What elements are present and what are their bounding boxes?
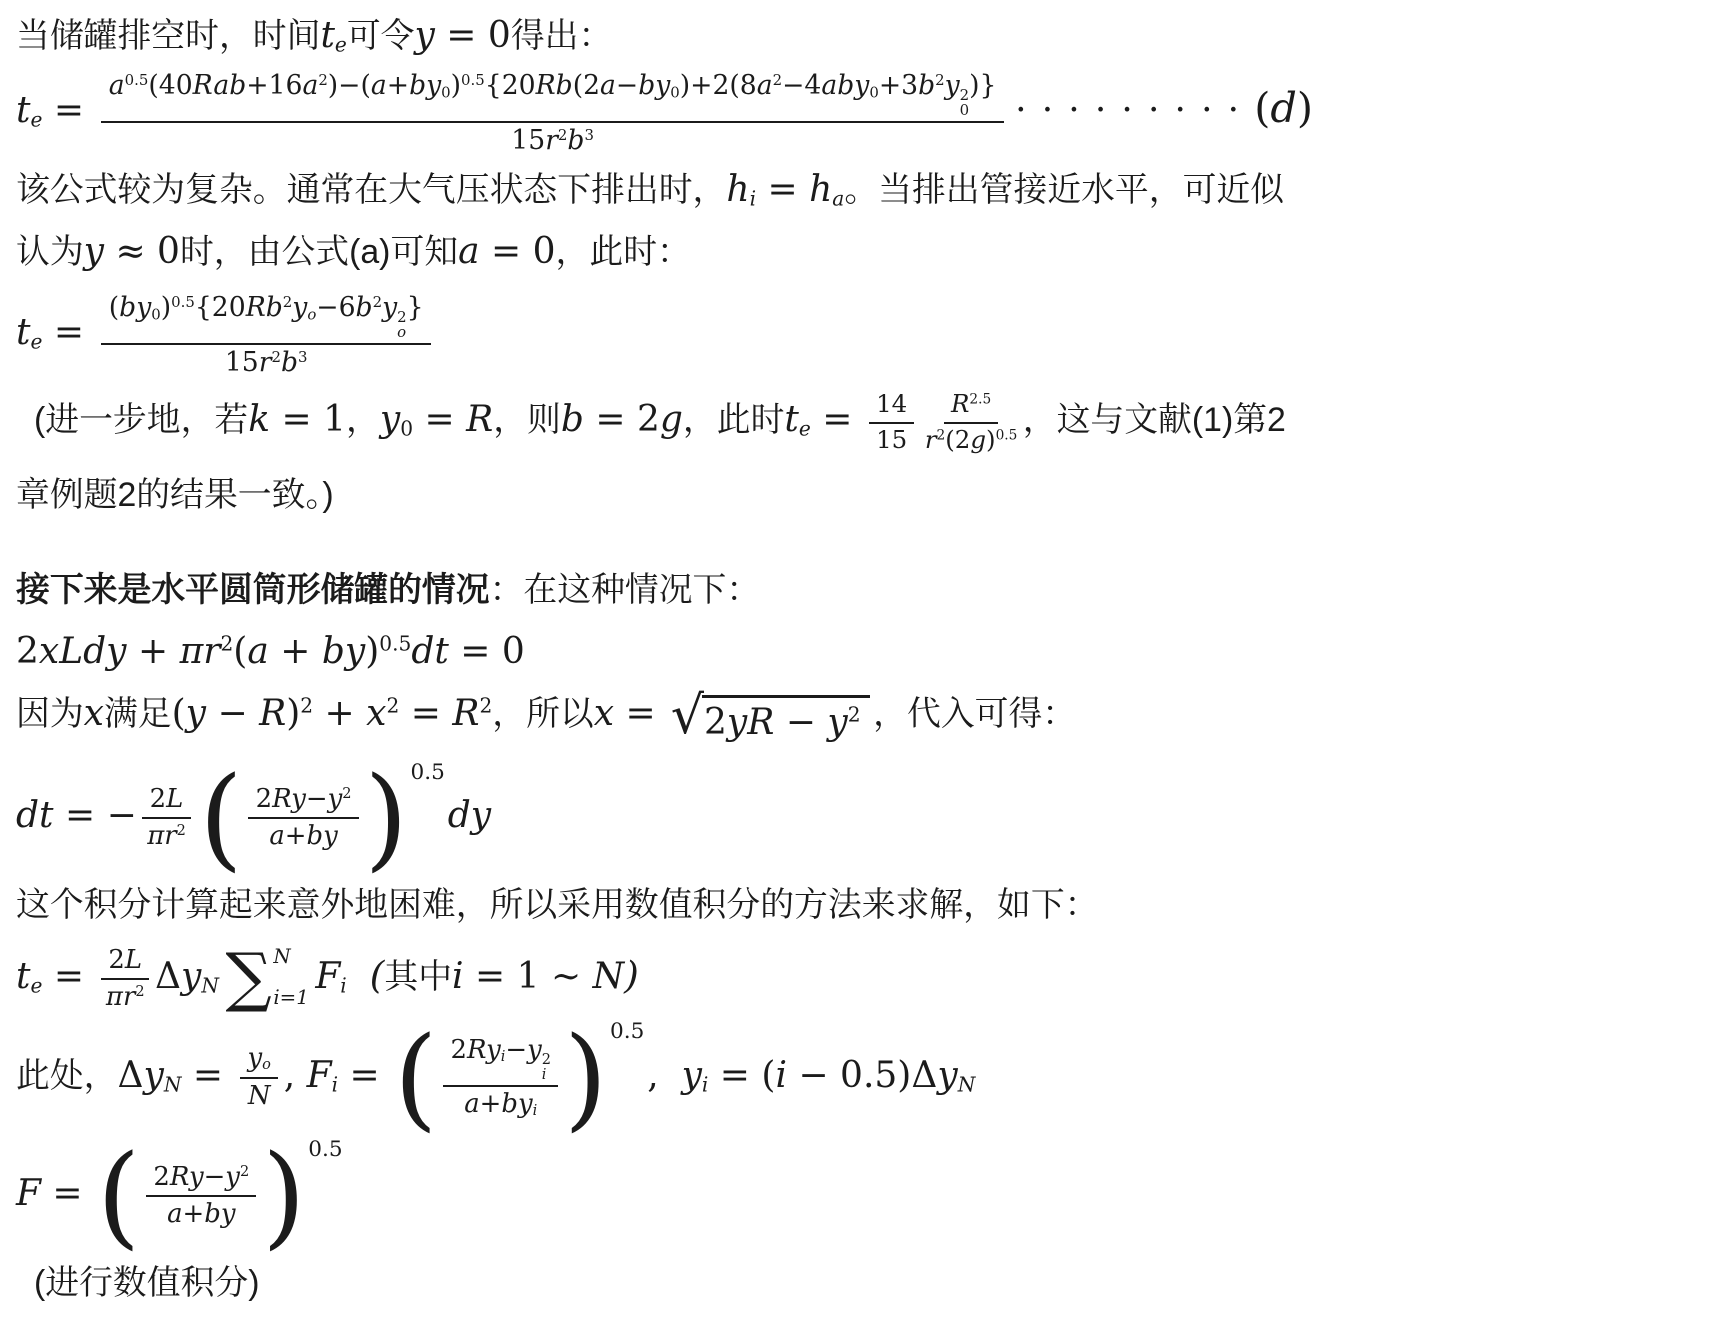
math-variable: F xyxy=(16,1173,41,1214)
math-symbol: = xyxy=(413,399,466,440)
math-variable: R xyxy=(466,399,493,440)
superscript: 0.5 xyxy=(125,71,149,89)
subscript: e xyxy=(30,973,42,997)
math-variable: R xyxy=(951,389,969,418)
superscript: 2 xyxy=(373,293,382,311)
subscript-value: 0 xyxy=(441,83,450,101)
math-variable: t xyxy=(784,399,798,440)
fraction: 2Ry−y2a+by xyxy=(146,1162,256,1230)
math-variable: R xyxy=(452,693,479,734)
exponent: 0.5 xyxy=(610,1019,644,1045)
numerator: 2L xyxy=(101,945,149,980)
remark-part-2: 章例题2的结果一致。) xyxy=(16,473,1718,517)
lower-limit: i=1 xyxy=(273,988,309,1008)
math-variable: a xyxy=(371,70,387,101)
superscript: 2 xyxy=(558,126,567,144)
superscript-value: 2 xyxy=(558,126,567,144)
sub-sup-stack: 20 xyxy=(960,88,969,118)
math-variable: πr xyxy=(147,821,176,851)
math-variable: Rb xyxy=(246,292,283,323)
math-variable: ) xyxy=(624,953,639,997)
math-variable: Ry xyxy=(272,784,306,814)
subscript-value: 0 xyxy=(670,83,679,101)
paren-body: 2Ryi−y2ia+byi xyxy=(438,1035,564,1120)
superscript: 2 xyxy=(135,984,144,1000)
numerator: 2Ry−y2 xyxy=(146,1162,256,1197)
math-symbol: 15 xyxy=(876,425,907,454)
parenthesized-expression: (2Ry−y2a+by)0.5 xyxy=(199,765,445,871)
math-variable: t xyxy=(16,312,30,353)
superscript-value: 2 xyxy=(342,786,351,802)
numerator: R2.5 xyxy=(944,390,998,423)
math-symbol: 2 xyxy=(451,1035,467,1065)
fraction: 1415 xyxy=(869,390,914,454)
math-symbol: , xyxy=(647,1055,681,1096)
text-run: 时，由公式(a)可知 xyxy=(180,233,458,271)
text-run: ：在这种情况下： xyxy=(490,571,761,609)
superscript-value: 2 xyxy=(386,694,399,718)
superscript-value: 3 xyxy=(584,126,593,144)
superscript-value: 2 xyxy=(300,694,313,718)
math-variable: y xyxy=(181,956,201,997)
subscript-value: i xyxy=(533,1103,538,1119)
math-symbol: −6 xyxy=(316,292,355,323)
left-paren: ( xyxy=(199,765,243,871)
math-symbol: = xyxy=(42,90,95,131)
math-symbol: − xyxy=(306,784,328,814)
math-symbol: )−( xyxy=(328,70,371,101)
math-symbol: + xyxy=(285,821,307,851)
denominator: N xyxy=(248,1079,271,1112)
math-variable: g xyxy=(660,399,683,440)
superscript: 3 xyxy=(298,348,307,366)
superscript-value: 2 xyxy=(271,348,280,366)
subscript: N xyxy=(958,1072,976,1096)
math-variable: x xyxy=(84,693,104,734)
text-run: 可令 xyxy=(347,17,415,55)
math-symbol: Δ xyxy=(155,956,181,997)
sub-sup-stack: 2o xyxy=(397,310,406,340)
formula-cylinder-balance: 2xLdy + πr2(a + by)0.5dt = 0 xyxy=(16,630,1718,674)
math-variable: r xyxy=(925,425,937,454)
math-variable: aby xyxy=(821,70,869,101)
math-variable: a xyxy=(269,821,284,851)
stack-superscript: 2 xyxy=(542,1053,551,1068)
superscript: 2 xyxy=(342,786,351,802)
math-variable: L xyxy=(125,945,142,975)
right-paren: ) xyxy=(564,1025,608,1131)
math-variable: t xyxy=(16,956,30,997)
math-variable: h xyxy=(726,169,749,210)
denominator: πr2 xyxy=(147,819,186,852)
text-run: ，这与文献(1)第2 xyxy=(1023,401,1286,439)
math-variable: πr xyxy=(180,631,221,672)
fraction: 2Ry−y2a+by xyxy=(248,784,358,852)
superscript-value: 2 xyxy=(240,1164,249,1180)
superscript: 2 xyxy=(937,427,946,443)
math-variable: i xyxy=(775,1055,787,1096)
math-symbol: − xyxy=(774,702,827,743)
math-variable: a xyxy=(247,631,268,672)
math-symbol: +16 xyxy=(246,70,302,101)
math-variable: y xyxy=(415,15,435,56)
math-symbol: ( xyxy=(233,631,247,672)
math-variable: y xyxy=(380,399,400,440)
exponent: 0.5 xyxy=(308,1137,342,1163)
subscript-value: o xyxy=(307,305,316,323)
remark-part-1: (进一步地，若k = 1，y0 = R，则b = 2g，此时te = 1415R… xyxy=(34,390,1718,454)
text-run: ，所以 xyxy=(492,695,593,733)
fraction: 2Ryi−y2ia+byi xyxy=(443,1035,558,1120)
math-variable: Rab xyxy=(193,70,247,101)
math-variable: by xyxy=(119,292,151,323)
math-symbol: = 0 xyxy=(480,231,556,272)
math-variable: y xyxy=(937,1055,957,1096)
complexity-note: 该公式较为复杂。通常在大气压状态下排出时，hi = ha。当排出管接近水平，可近… xyxy=(16,168,1718,212)
subscript: e xyxy=(30,330,42,354)
numerator: 2Ryi−y2i xyxy=(443,1035,558,1087)
math-variable: b xyxy=(356,292,373,323)
denominator: a+by xyxy=(167,1197,235,1230)
parenthesized-expression: (2Ry−y2a+by)0.5 xyxy=(97,1143,343,1249)
text-run: ， xyxy=(346,401,380,439)
math-symbol: = 2 xyxy=(584,399,660,440)
denominator: πr2 xyxy=(106,980,145,1013)
math-variable: dy xyxy=(448,795,491,836)
math-variable: πr xyxy=(106,982,135,1012)
superscript-value: 2 xyxy=(220,632,233,656)
numerator: 2Ry−y2 xyxy=(248,784,358,819)
math-variable: by xyxy=(307,821,338,851)
math-variable: t xyxy=(320,15,334,56)
subscript-value: N xyxy=(164,1072,182,1096)
superscript: 2 xyxy=(386,694,399,718)
math-variable: k xyxy=(248,399,270,440)
stack-subscript: i xyxy=(542,1068,547,1083)
math-symbol: 2 xyxy=(153,1162,169,1192)
math-variable: L xyxy=(166,784,183,814)
math-symbol: ) xyxy=(161,292,171,323)
math-symbol: ( xyxy=(109,292,119,323)
superscript: 2 xyxy=(479,694,492,718)
approximation-note: 认为y ≈ 0时，由公式(a)可知a = 0，此时： xyxy=(16,230,1718,274)
superscript-value: 2 xyxy=(135,984,144,1000)
superscript-value: 2 xyxy=(935,71,944,89)
closing-note: (进行数值积分) xyxy=(34,1261,1718,1305)
subscript: 0 xyxy=(869,83,878,101)
math-variable: y xyxy=(84,231,104,272)
numerator: 14 xyxy=(869,390,914,423)
math-variable: b xyxy=(281,347,298,378)
superscript-value: 2 xyxy=(373,293,382,311)
subscript: e xyxy=(799,417,811,441)
math-symbol: (2 xyxy=(573,70,600,101)
math-variable: R xyxy=(259,693,286,734)
math-variable: xLdy xyxy=(39,631,127,672)
parenthesized-expression: (2Ryi−y2ia+byi)0.5 xyxy=(394,1025,644,1131)
superscript-value: 3 xyxy=(298,348,307,366)
square-root: √2yR − y2 xyxy=(671,695,870,747)
subscript-value: e xyxy=(335,32,347,56)
stack-subscript: 0 xyxy=(960,103,969,118)
math-variable: y xyxy=(682,1055,702,1096)
math-variable: dt xyxy=(411,631,449,672)
radical-sign: √ xyxy=(671,690,704,742)
superscript: 2 xyxy=(935,71,944,89)
math-variable: ( xyxy=(370,953,385,997)
math-symbol: = xyxy=(181,1055,234,1096)
superscript: 2 xyxy=(177,823,186,839)
denominator: 15r2b3 xyxy=(225,345,308,379)
math-variable: b xyxy=(918,70,935,101)
math-symbol: = xyxy=(756,169,809,210)
math-variable: t xyxy=(16,90,30,131)
math-symbol: = xyxy=(42,956,95,997)
superscript: 2 xyxy=(848,703,861,727)
subscript: e xyxy=(335,32,347,56)
superscript-value: 2 xyxy=(848,703,861,727)
subscript: i xyxy=(533,1103,538,1119)
denominator: r2(2g)0.5 xyxy=(925,424,1018,455)
math-symbol: + xyxy=(480,1089,502,1119)
math-variable: i xyxy=(452,956,464,997)
math-variable: b xyxy=(567,125,584,156)
math-symbol: ≈ 0 xyxy=(104,231,180,272)
text-run: 这个积分计算起来意外地困难，所以采用数值积分的方法来求解，如下： xyxy=(16,886,1099,924)
denominator: a+by xyxy=(269,819,337,852)
math-symbol: = xyxy=(399,693,452,734)
definitions-line: 此处，ΔyN = yoN, Fi = (2Ryi−y2ia+byi)0.5, y… xyxy=(16,1025,1718,1131)
math-symbol: − xyxy=(206,693,259,734)
superscript-value: 0.5 xyxy=(171,293,195,311)
summation: ∑Ni=1 xyxy=(226,946,309,1011)
math-symbol: 14 xyxy=(876,389,907,418)
subscript: 0 xyxy=(441,83,450,101)
math-variable: y xyxy=(186,693,206,734)
text-run: (进行数值积分) xyxy=(34,1264,260,1302)
text-run: 当储罐排空时，时间 xyxy=(16,17,320,55)
superscript: 2 xyxy=(283,293,292,311)
math-variable: a xyxy=(757,70,773,101)
formula-te-sum: te = 2Lπr2ΔyN∑Ni=1Fi (其中i = 1 ∼ N) xyxy=(16,945,1718,1013)
sigma-symbol: ∑ xyxy=(226,946,272,1011)
math-variable: a xyxy=(458,231,479,272)
section-heading: 接下来是水平圆筒形储罐的情况：在这种情况下： xyxy=(16,568,1718,612)
fraction: R2.5r2(2g)0.5 xyxy=(925,390,1018,454)
fraction: 2Lπr2 xyxy=(142,784,190,852)
math-variable: by xyxy=(204,1199,235,1229)
math-symbol: 15 xyxy=(225,347,259,378)
superscript-value: 0.5 xyxy=(996,427,1018,443)
paren-body: 2Ry−y2a+by xyxy=(140,1162,262,1230)
right-paren: ) xyxy=(262,1143,306,1249)
superscript-value: 2 xyxy=(318,71,327,89)
math-symbol: = xyxy=(41,1173,94,1214)
superscript-value: 2 xyxy=(177,823,186,839)
math-symbol: = xyxy=(614,693,667,734)
exponent: 0.5 xyxy=(411,760,445,786)
math-variable: r xyxy=(545,125,558,156)
math-variable: Ry xyxy=(467,1035,501,1065)
math-symbol: −4 xyxy=(782,70,821,101)
math-variable: y xyxy=(247,1043,262,1073)
subscript: 0 xyxy=(151,305,160,323)
superscript: 2 xyxy=(271,348,280,366)
math-symbol: +3 xyxy=(879,70,918,101)
numerator: (by0)0.5{20Rb2yo−6b2y2o} xyxy=(101,292,431,345)
math-symbol: + xyxy=(127,631,180,672)
radicand: 2yR − y2 xyxy=(702,695,870,746)
math-variable: F xyxy=(315,956,340,997)
math-symbol: − xyxy=(505,1035,527,1065)
subscript-value: N xyxy=(201,973,219,997)
math-symbol: Δ xyxy=(117,1055,143,1096)
math-symbol: − xyxy=(616,70,638,101)
math-variable: a xyxy=(600,70,616,101)
math-symbol: ) xyxy=(986,425,996,454)
math-variable: Rb xyxy=(536,70,573,101)
math-symbol: )+2(8 xyxy=(680,70,757,101)
numerator: yo xyxy=(240,1043,278,1079)
math-symbol: 2 xyxy=(108,945,124,975)
math-variable: r xyxy=(259,347,272,378)
superscript-value: 2 xyxy=(283,293,292,311)
dots-leader: ········· xyxy=(1015,90,1254,131)
subscript: N xyxy=(164,1072,182,1096)
subscript: o xyxy=(307,305,316,323)
math-variable: y xyxy=(527,1035,542,1065)
subscript-value: N xyxy=(958,1072,976,1096)
text-run: ，此时 xyxy=(683,401,784,439)
math-symbol: ) xyxy=(451,70,461,101)
sub-sup-stack: 2i xyxy=(542,1053,551,1082)
math-variable: by xyxy=(409,70,441,101)
subscript-value: o xyxy=(262,1058,271,1074)
math-variable: by xyxy=(501,1089,532,1119)
math-variable: y xyxy=(382,292,397,323)
math-variable: y xyxy=(827,702,847,743)
math-symbol: = 1 xyxy=(270,399,346,440)
math-symbol: 15 xyxy=(511,125,545,156)
subscript-value: e xyxy=(30,973,42,997)
superscript-value: 2 xyxy=(937,427,946,443)
subscript-value: e xyxy=(799,417,811,441)
math-variable: yR xyxy=(727,702,774,743)
math-symbol: = xyxy=(42,312,95,353)
math-variable: by xyxy=(322,631,365,672)
math-variable: h xyxy=(809,169,832,210)
math-variable: a xyxy=(109,70,125,101)
text-run: ，此时： xyxy=(556,233,691,271)
math-symbol: ) xyxy=(365,631,379,672)
heading-text: 接下来是水平圆筒形储罐的情况 xyxy=(16,571,490,609)
math-variable: a xyxy=(167,1199,182,1229)
math-variable: y xyxy=(225,1162,240,1192)
math-variable: x xyxy=(366,693,386,734)
math-symbol: + xyxy=(313,693,366,734)
subscript-value: e xyxy=(30,107,42,131)
text-run: ，则 xyxy=(493,401,561,439)
text-run: 此处， xyxy=(16,1057,117,1095)
math-variable: x xyxy=(594,693,614,734)
math-symbol: ) xyxy=(286,693,300,734)
math-symbol: 2 xyxy=(150,784,166,814)
math-symbol: (40 xyxy=(148,70,192,101)
text-run: 。当排出管接近水平，可近似 xyxy=(844,171,1284,209)
math-symbol: , xyxy=(284,1055,307,1096)
math-variable: b xyxy=(561,399,584,440)
subscript: o xyxy=(262,1058,271,1074)
math-symbol: = 1 ∼ xyxy=(464,956,593,997)
math-symbol: )} xyxy=(969,70,996,101)
math-symbol: + xyxy=(387,70,409,101)
math-variable: y xyxy=(328,784,343,814)
math-variable: a xyxy=(302,70,318,101)
math-symbol: 2 xyxy=(704,702,727,743)
formula-dt: dt = −2Lπr2(2Ry−y2a+by)0.5dy xyxy=(16,765,1718,871)
text-run: 得出： xyxy=(511,17,612,55)
math-symbol: 2 xyxy=(16,631,39,672)
fraction: yoN xyxy=(240,1043,278,1112)
subscript: 0 xyxy=(400,417,413,441)
text-run: 因为 xyxy=(16,695,84,733)
math-symbol: {20 xyxy=(485,70,536,101)
upper-limit: N xyxy=(273,947,309,967)
denominator: 15 xyxy=(876,424,907,455)
math-symbol: ) xyxy=(1297,84,1313,132)
superscript-value: 2 xyxy=(479,694,492,718)
math-symbol: = − xyxy=(54,795,137,836)
superscript: 0.5 xyxy=(996,427,1018,443)
formula-te-simplified: te = (by0)0.5{20Rb2yo−6b2y2o}15r2b3 xyxy=(16,292,1718,378)
math-variable: g xyxy=(970,425,986,454)
math-variable: F xyxy=(307,1055,332,1096)
math-symbol: {20 xyxy=(195,292,246,323)
sum-limits: Ni=1 xyxy=(272,946,309,1011)
superscript-value: 2 xyxy=(773,71,782,89)
math-symbol: = xyxy=(338,1055,391,1096)
math-variable: Ry xyxy=(170,1162,204,1192)
math-variable: y xyxy=(292,292,307,323)
math-symbol: = 0 xyxy=(435,15,511,56)
math-symbol: ( xyxy=(1254,84,1270,132)
math-variable: y xyxy=(945,70,960,101)
paren-body: 2Ry−y2a+by xyxy=(243,784,365,852)
math-variable: dt xyxy=(16,795,54,836)
math-symbol: − 0.5)Δ xyxy=(787,1055,937,1096)
intro-text: 当储罐排空时，时间te可令y = 0得出： xyxy=(16,14,1718,58)
text-run: ，代入可得： xyxy=(873,695,1076,733)
subscript-value: 0 xyxy=(151,305,160,323)
superscript-value: 0.5 xyxy=(461,71,485,89)
superscript-value: 0.5 xyxy=(125,71,149,89)
math-variable: N xyxy=(248,1081,271,1111)
math-symbol: ( xyxy=(172,693,186,734)
right-paren: ) xyxy=(364,765,408,871)
stack-subscript: o xyxy=(397,325,406,340)
math-symbol: = 0 xyxy=(449,631,525,672)
math-symbol: = ( xyxy=(708,1055,775,1096)
math-variable: N xyxy=(593,956,625,997)
subscript: 0 xyxy=(670,83,679,101)
fraction: 2Lπr2 xyxy=(101,945,149,1013)
math-symbol: = xyxy=(811,399,864,440)
numerator: 2L xyxy=(142,784,190,819)
formula-F: F = (2Ry−y2a+by)0.5 xyxy=(16,1143,1718,1249)
subscript-value: 0 xyxy=(869,83,878,101)
text-run: 其中 xyxy=(384,958,452,996)
subscript-value: a xyxy=(832,187,844,211)
